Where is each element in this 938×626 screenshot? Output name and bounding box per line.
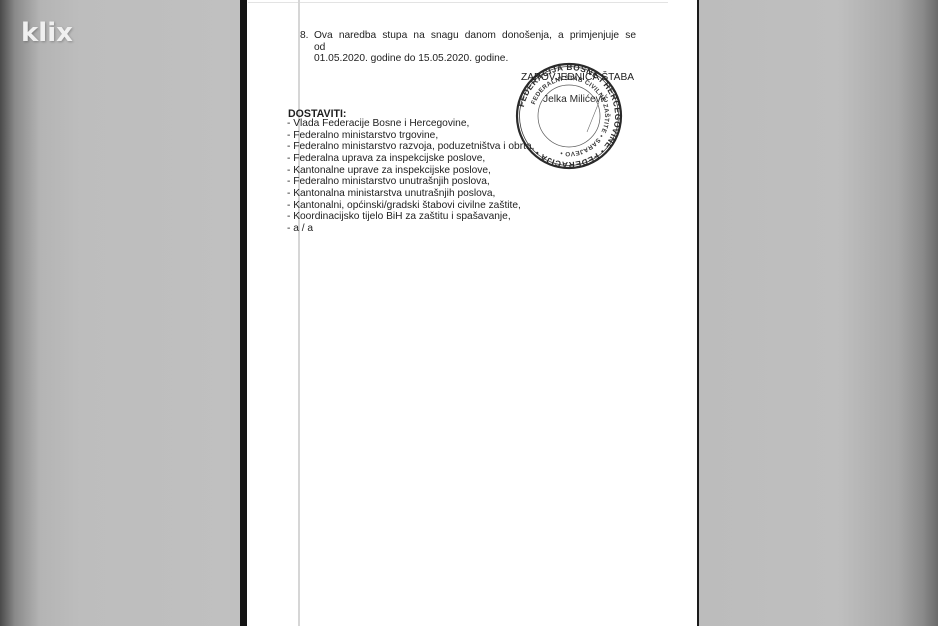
top-rule — [248, 2, 668, 3]
signature-name: Jelka Milićević — [543, 94, 608, 105]
recipient-item: - Vlada Federacije Bosne i Hercegovine, — [287, 118, 534, 130]
recipient-item: - Kantonalni, općinski/gradski štabovi c… — [287, 200, 534, 212]
recipient-item: - Koordinacijsko tijelo BiH za zaštitu i… — [287, 211, 534, 223]
recipient-item: - Kantonalna ministarstva unutrašnjih po… — [287, 188, 534, 200]
fold-line — [298, 0, 300, 626]
klix-logo: klix — [21, 18, 73, 48]
recipient-item: - Federalno ministarstvo trgovine, — [287, 130, 534, 142]
document-page — [247, 0, 698, 626]
background-right — [698, 0, 938, 626]
item-8-line-1: Ova naredba stupa na snagu danom donošen… — [314, 30, 636, 53]
page-edge — [697, 0, 699, 626]
signature-title: ZAPOVJEDNICA ŠTABA — [521, 72, 634, 83]
recipient-item: - Federalna uprava za inspekcijske poslo… — [287, 153, 534, 165]
recipient-item: - Kantonalne uprave za inspekcijske posl… — [287, 165, 534, 177]
recipient-item: - Federalno ministarstvo unutrašnjih pos… — [287, 176, 534, 188]
item-8: 8. Ova naredba stupa na snagu danom dono… — [300, 30, 636, 65]
recipients-list: - Vlada Federacije Bosne i Hercegovine, … — [287, 118, 534, 235]
item-number: 8. — [300, 30, 309, 42]
recipient-item: - a / a — [287, 223, 534, 235]
recipient-item: - Federalno ministarstvo razvoja, poduze… — [287, 141, 534, 153]
